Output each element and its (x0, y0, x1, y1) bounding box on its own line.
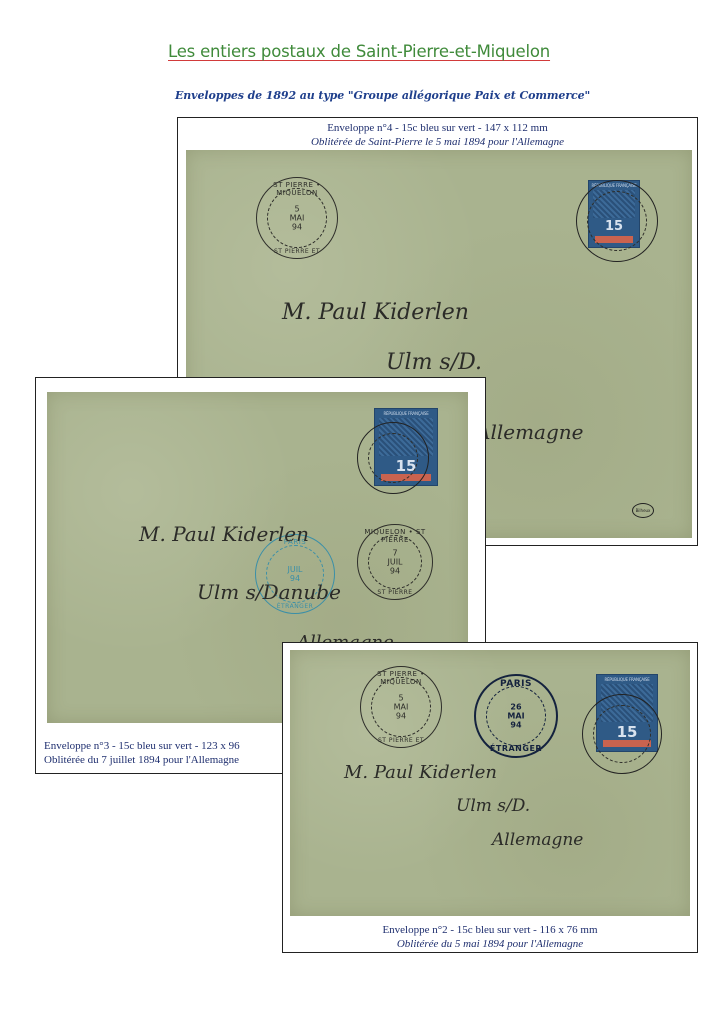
envelope-3-caption-line2: Oblitérée du 7 juillet 1894 pour l'Allem… (44, 753, 240, 767)
envelope-2: ST PIERRE • MIQUELON 5 MAI 94 ST PIERRE … (290, 650, 690, 916)
expert-cachet: Bilheux (632, 503, 654, 518)
envelope-2-postmark-paris: PARIS 26 MAI 94 ÉTRANGER (474, 674, 558, 758)
envelope-4-address-country: Allemagne (476, 420, 583, 444)
envelope-4-caption-line2: Oblitérée de Saint-Pierre le 5 mai 1894 … (178, 135, 697, 149)
page-subtitle: Enveloppes de 1892 au type "Groupe allég… (175, 89, 590, 102)
envelope-4-postmark-stamp (576, 180, 658, 262)
envelope-3-postmark-st-pierre: MIQUELON • ST PIERRE 7 JUIL 94 ST PIERRE (357, 524, 433, 600)
envelope-2-caption-line2: Oblitérée du 5 mai 1894 pour l'Allemagne (283, 937, 697, 951)
envelope-2-address-city: Ulm s/D. (456, 796, 530, 816)
envelope-2-caption: Enveloppe n°2 - 15c bleu sur vert - 116 … (283, 923, 697, 951)
envelope-2-address-name: M. Paul Kiderlen (344, 762, 497, 783)
envelope-2-postmark-st-pierre: ST PIERRE • MIQUELON 5 MAI 94 ST PIERRE … (360, 666, 442, 748)
envelope-2-address-country: Allemagne (492, 830, 583, 850)
envelope-3-postmark-stamp (357, 422, 429, 494)
page-title: Les entiers postaux de Saint-Pierre-et-M… (168, 42, 568, 61)
envelope-3-caption: Enveloppe n°3 - 15c bleu sur vert - 123 … (44, 739, 240, 767)
envelope-3-address-name: M. Paul Kiderlen (139, 522, 309, 546)
envelope-2-caption-line1: Enveloppe n°2 - 15c bleu sur vert - 116 … (283, 923, 697, 937)
envelope-4-address-name: M. Paul Kiderlen (282, 300, 469, 325)
envelope-3-caption-line1: Enveloppe n°3 - 15c bleu sur vert - 123 … (44, 739, 240, 753)
envelope-4-caption-line1: Enveloppe n°4 - 15c bleu sur vert - 147 … (178, 121, 697, 135)
envelope-2-postmark-stamp (582, 694, 662, 774)
envelope-4-caption: Enveloppe n°4 - 15c bleu sur vert - 147 … (178, 121, 697, 149)
envelope-3-address-city: Ulm s/Danube (197, 580, 341, 604)
envelope-4-address-city: Ulm s/D. (386, 350, 482, 375)
envelope-4-postmark-st-pierre: ST PIERRE • MIQUELON 5 MAI 94 ST PIERRE … (256, 177, 338, 259)
